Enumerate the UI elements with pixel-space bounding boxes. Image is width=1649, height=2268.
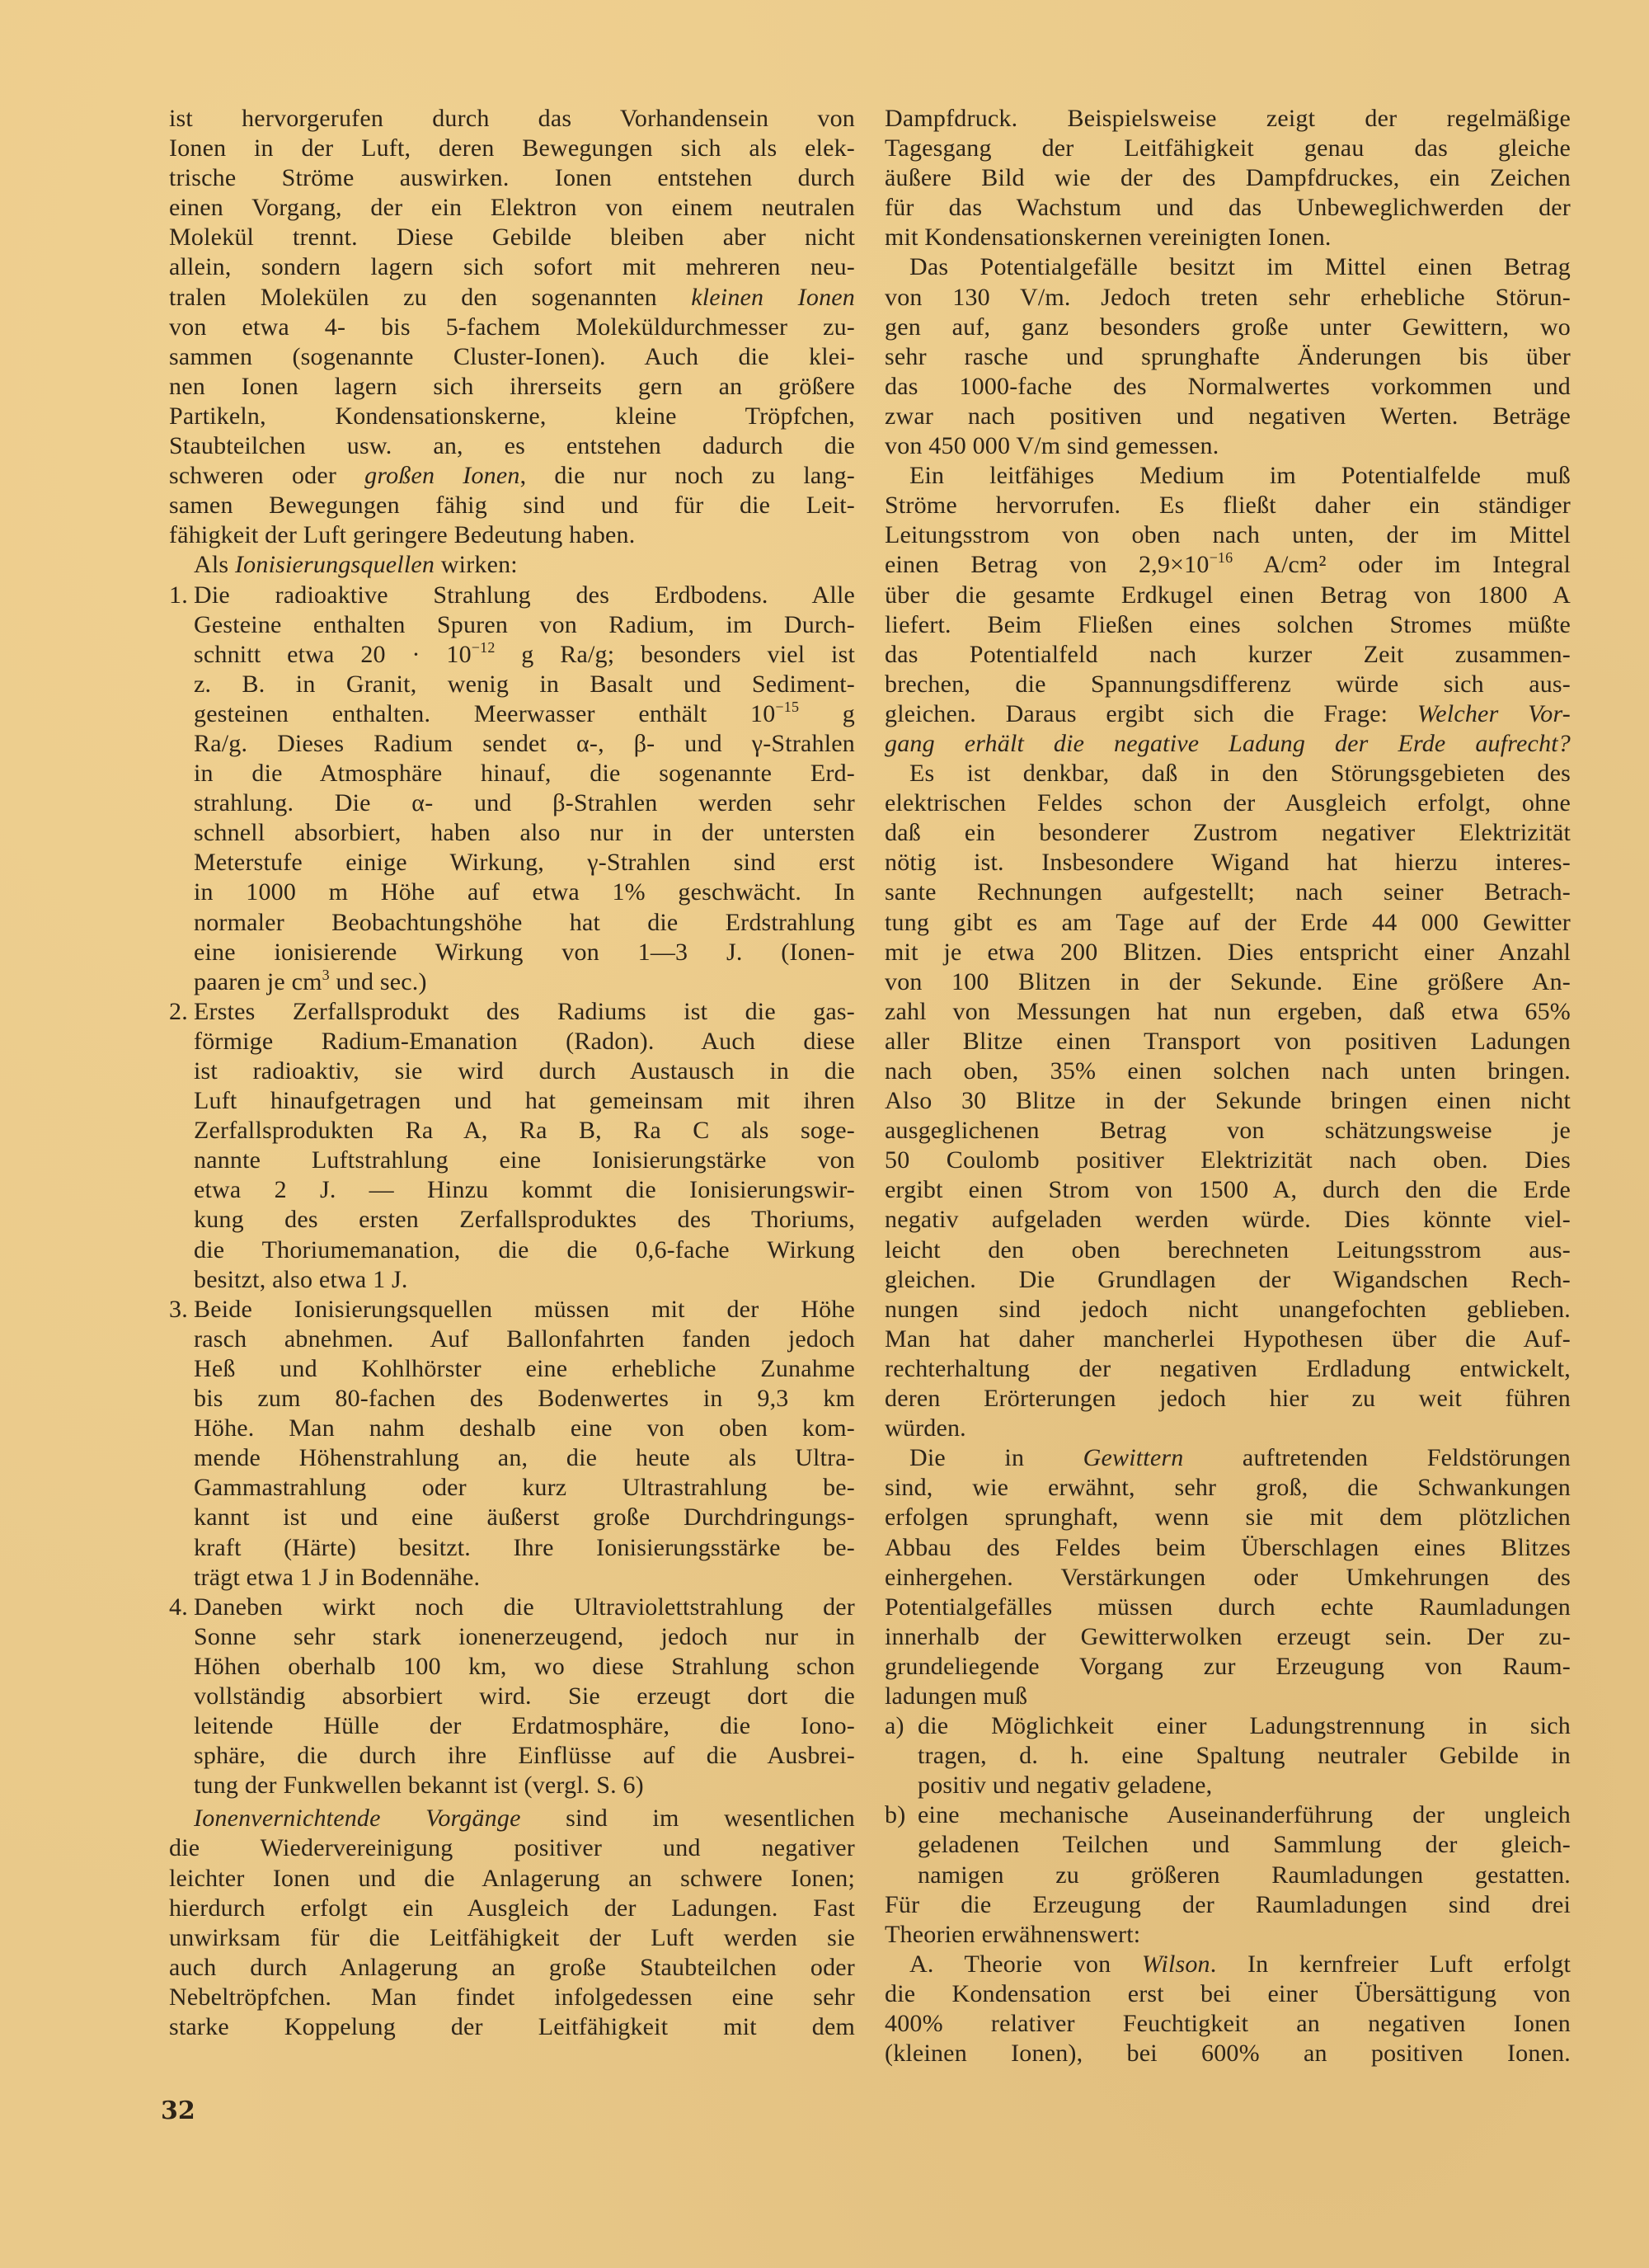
text-run: in 1000 m Höhe auf etwa 1% geschwächt. I… [194, 878, 855, 906]
text-line: paaren je cm3 und sec.) [169, 967, 855, 997]
text-run: 400% relativer Feuchtigkeit an negativen… [885, 2010, 1571, 2037]
text-line: ausgeglichenen Betrag von schätzungsweis… [885, 1116, 1571, 1146]
text-line: elektrischen Feldes schon der Ausgleich … [885, 788, 1571, 818]
text-line: von 130 V/m. Jedoch treten sehr erheblic… [885, 283, 1571, 313]
text-run: auch durch Anlagerung an große Staubteil… [169, 1954, 855, 1981]
text-line: Zerfallsprodukten Ra A, Ra B, Ra C als s… [169, 1116, 855, 1146]
text-run: in die Atmosphäre hinauf, die sogenannte… [194, 760, 855, 787]
emphasis-text: Welcher Vor- [1417, 700, 1571, 727]
text-line: brechen, die Spannungsdifferenz würde si… [885, 670, 1571, 699]
list-number: 2. [169, 997, 194, 1027]
text-run: Staubteilchen usw. an, es entstehen dadu… [169, 432, 855, 459]
text-line: kung des ersten Zerfallsproduktes des Th… [169, 1205, 855, 1235]
text-run: Nebeltröpfchen. Man findet infolgedessen… [169, 1983, 855, 2011]
text-line: Gammastrahlung oder kurz Ultrastrahlung … [169, 1473, 855, 1503]
text-run: eine ionisierende Wirkung von 1—3 J. (Io… [194, 939, 855, 966]
text-line: Theorien erwähnenswert: [885, 1920, 1571, 1950]
text-line: kannt ist und eine äußerst große Durchdr… [169, 1503, 855, 1532]
text-line: trägt etwa 1 J in Bodennähe. [169, 1563, 855, 1593]
text-run: Die in [909, 1444, 1083, 1471]
text-line: besitzt, also etwa 1 J. [169, 1265, 855, 1295]
text-run: aller Blitze einen Transport von positiv… [885, 1028, 1571, 1055]
text-run: Dampfdruck. Beispielsweise zeigt der reg… [885, 105, 1571, 132]
text-run: einen Vorgang, der ein Elektron von eine… [169, 194, 855, 221]
text-run: nannte Luftstrahlung eine Ionisierungstä… [194, 1146, 855, 1174]
text-line: nannte Luftstrahlung eine Ionisierungstä… [169, 1146, 855, 1175]
text-line: ladungen muß [885, 1682, 1571, 1711]
text-run: die Kondensation erst bei einer Übersätt… [885, 1980, 1571, 2007]
text-run: wirken: [435, 551, 518, 578]
text-line: Ra/g. Dieses Radium sendet α-, β- und γ-… [169, 729, 855, 759]
text-line: Ionenvernichtende Vorgänge sind im wesen… [169, 1804, 855, 1833]
text-line: mende Höhenstrahlung an, die heute als U… [169, 1443, 855, 1473]
emphasis-text: Ionenvernichtende Vorgänge [194, 1805, 521, 1832]
text-line: leichter Ionen und die Anlagerung an sch… [169, 1864, 855, 1894]
text-line: schnell absorbiert, haben also nur in de… [169, 818, 855, 848]
text-line: Man hat daher mancherlei Hypothesen über… [885, 1325, 1571, 1354]
text-run: schnitt etwa 20 · 10 [194, 641, 472, 668]
text-line: nötig ist. Insbesondere Wigand hat hierz… [885, 848, 1571, 878]
text-run: Gesteine enthalten Spuren von Radium, im… [194, 611, 855, 638]
text-run: Heß und Kohlhörster eine erhebliche Zuna… [194, 1355, 855, 1382]
text-run: fähigkeit der Luft geringere Bedeutung h… [169, 521, 635, 548]
text-line: allein, sondern lagern sich sofort mit m… [169, 252, 855, 282]
text-line: für das Wachstum und das Unbeweglichwerd… [885, 193, 1571, 223]
text-line: 400% relativer Feuchtigkeit an negativen… [885, 2009, 1571, 2039]
text-line: nach oben, 35% einen solchen nach unten … [885, 1056, 1571, 1086]
text-line: nen Ionen lagern sich ihrerseits gern an… [169, 372, 855, 402]
text-line: eine ionisierende Wirkung von 1—3 J. (Io… [169, 938, 855, 967]
text-run: die Möglichkeit einer Ladungstrennung in… [918, 1712, 1571, 1739]
text-line: 3.Beide Ionisierungsquellen müssen mit d… [169, 1295, 855, 1325]
text-run: daß ein besonderer Zustrom negativer Ele… [885, 819, 1571, 846]
emphasis-text: Gewittern [1083, 1444, 1184, 1471]
text-run: auftretenden Feldstörungen [1183, 1444, 1571, 1471]
text-line: leicht den oben berechneten Leitungsstro… [885, 1235, 1571, 1265]
text-run: deren Erörterungen jedoch hier zu weit f… [885, 1385, 1571, 1412]
text-line: nungen sind jedoch nicht unangefochten g… [885, 1295, 1571, 1325]
text-run: das Potentialfeld nach kurzer Zeit zusam… [885, 641, 1571, 668]
list-number: 3. [169, 1295, 194, 1325]
text-line: kraft (Härte) besitzt. Ihre Ionisierungs… [169, 1533, 855, 1563]
text-line: förmige Radium-Emanation (Radon). Auch d… [169, 1027, 855, 1056]
text-line: äußere Bild wie der des Dampfdruckes, ei… [885, 163, 1571, 193]
text-line: grundeliegende Vorgang zur Erzeugung von… [885, 1652, 1571, 1682]
text-run: für das Wachstum und das Unbeweglichwerd… [885, 194, 1571, 221]
text-run: ist hervorgerufen durch das Vorhandensei… [169, 105, 855, 132]
text-line: gleichen. Daraus ergibt sich die Frage: … [885, 699, 1571, 729]
text-line: Für die Erzeugung der Raumladungen sind … [885, 1890, 1571, 1920]
text-run: namigen zu größeren Raumladungen gestatt… [918, 1861, 1571, 1889]
text-run: vollständig absorbiert wird. Sie erzeugt… [194, 1682, 855, 1710]
text-line: einhergehen. Verstärkungen oder Umkehrun… [885, 1563, 1571, 1593]
text-line: auch durch Anlagerung an große Staubteil… [169, 1953, 855, 1983]
text-run: sammen (sogenannte Cluster-Ionen). Auch … [169, 343, 855, 370]
text-run: würden. [885, 1414, 966, 1442]
text-run: Potentialgefälles müssen durch echte Rau… [885, 1593, 1571, 1621]
text-line: das Potentialfeld nach kurzer Zeit zusam… [885, 640, 1571, 670]
text-line: Als Ionisierungsquellen wirken: [169, 550, 855, 580]
superscript: −16 [1210, 549, 1233, 566]
text-line: Luft hinaufgetragen und hat gemeinsam mi… [169, 1086, 855, 1116]
text-line: gen auf, ganz besonders große unter Gewi… [885, 313, 1571, 342]
text-line: Partikeln, Kondensationskerne, kleine Tr… [169, 402, 855, 431]
text-line: (kleinen Ionen), bei 600% an positiven I… [885, 2039, 1571, 2068]
text-run: Ströme hervorrufen. Es fließt daher ein … [885, 492, 1571, 519]
text-line: von 450 000 V/m sind gemessen. [885, 431, 1571, 461]
text-line: Das Potentialgefälle besitzt im Mittel e… [885, 252, 1571, 282]
text-line: Ein leitfähiges Medium im Potentialfelde… [885, 461, 1571, 491]
text-run: ladungen muß [885, 1682, 1027, 1710]
text-line: namigen zu größeren Raumladungen gestatt… [885, 1861, 1571, 1890]
text-run: hierdurch erfolgt ein Ausgleich der Ladu… [169, 1894, 855, 1922]
text-run: Theorien erwähnenswert: [885, 1921, 1140, 1948]
text-line: daß ein besonderer Zustrom negativer Ele… [885, 818, 1571, 848]
text-run: Leitungsstrom von oben nach unten, der i… [885, 521, 1571, 548]
text-run: strahlung. Die α- und β-Strahlen werden … [194, 789, 855, 816]
text-run: samen Bewegungen fähig sind und für die … [169, 492, 855, 519]
text-run: negativ aufgeladen werden würde. Dies kö… [885, 1206, 1571, 1233]
text-run: mit Kondensationskernen vereinigten Ione… [885, 224, 1332, 251]
text-run: . In kernfreier Luft erfolgt [1210, 1950, 1571, 1978]
text-line: a)die Möglichkeit einer Ladungstrennung … [885, 1711, 1571, 1741]
text-line: die Kondensation erst bei einer Übersätt… [885, 1979, 1571, 2009]
text-run: besitzt, also etwa 1 J. [194, 1266, 408, 1293]
text-line: rechterhaltung der negativen Erdladung e… [885, 1354, 1571, 1384]
text-run: von 100 Blitzen in der Sekunde. Eine grö… [885, 968, 1571, 995]
text-line: b)eine mechanische Auseinanderführung de… [885, 1800, 1571, 1830]
text-run: gen auf, ganz besonders große unter Gewi… [885, 313, 1571, 341]
text-line: leitende Hülle der Erdatmosphäre, die Io… [169, 1711, 855, 1741]
text-line: Es ist denkbar, daß in den Störungsgebie… [885, 759, 1571, 788]
text-run: einhergehen. Verstärkungen oder Umkehrun… [885, 1564, 1571, 1591]
text-line: vollständig absorbiert wird. Sie erzeugt… [169, 1682, 855, 1711]
text-run: von etwa 4- bis 5-fachem Moleküldurchmes… [169, 313, 855, 341]
text-line: von 100 Blitzen in der Sekunde. Eine grö… [885, 967, 1571, 997]
text-run: Als [194, 551, 235, 578]
superscript: −15 [775, 699, 799, 715]
text-run: sante Rechnungen aufgestellt; nach seine… [885, 878, 1571, 906]
text-run: das 1000-fache des Normalwertes vorkomme… [885, 373, 1571, 400]
text-run: kannt ist und eine äußerst große Durchdr… [194, 1503, 855, 1531]
text-run: ergibt einen Strom von 1500 A, durch den… [885, 1176, 1571, 1203]
text-line: Ströme hervorrufen. Es fließt daher ein … [885, 491, 1571, 520]
text-run: die Thoriumemanation, die die 0,6-fache … [194, 1236, 855, 1263]
text-run: normaler Beobachtungshöhe hat die Erdstr… [194, 909, 855, 936]
text-line: ergibt einen Strom von 1500 A, durch den… [885, 1175, 1571, 1205]
emphasis-text: großen Ionen [364, 462, 519, 489]
text-line: einen Vorgang, der ein Elektron von eine… [169, 193, 855, 223]
list-letter: a) [885, 1711, 918, 1741]
text-run: Abbau des Feldes beim Überschlagen eines… [885, 1534, 1571, 1561]
text-run: , die nur noch zu lang- [520, 462, 855, 489]
text-line: in die Atmosphäre hinauf, die sogenannte… [169, 759, 855, 788]
text-line: einen Betrag von 2,9×10−16 A/cm² oder im… [885, 550, 1571, 580]
superscript: 3 [322, 967, 330, 983]
text-line: gleichen. Die Grundlagen der Wigandschen… [885, 1265, 1571, 1295]
text-line: würden. [885, 1414, 1571, 1443]
text-run: unwirksam für die Leitfähigkeit der Luft… [169, 1924, 855, 1951]
text-run: gesteinen enthalten. Meerwasser enthält … [194, 700, 775, 727]
text-run: g [799, 700, 855, 727]
list-letter: b) [885, 1800, 918, 1830]
page-number: 32 [161, 2096, 195, 2125]
text-line: gesteinen enthalten. Meerwasser enthält … [169, 699, 855, 729]
text-run: Meterstufe einige Wirkung, γ-Strahlen si… [194, 849, 855, 876]
text-line: tragen, d. h. eine Spaltung neutraler Ge… [885, 1741, 1571, 1771]
text-line: rasch abnehmen. Auf Ballonfahrten fanden… [169, 1325, 855, 1354]
text-run: tung der Funkwellen bekannt ist (vergl. … [194, 1772, 644, 1799]
text-run: Man hat daher mancherlei Hypothesen über… [885, 1325, 1571, 1353]
list-number: 1. [169, 581, 194, 610]
text-run: Ein leitfähiges Medium im Potentialfelde… [909, 462, 1571, 489]
text-line: Gesteine enthalten Spuren von Radium, im… [169, 610, 855, 640]
text-line: Tagesgang der Leitfähigkeit genau das gl… [885, 134, 1571, 163]
text-line: Staubteilchen usw. an, es entstehen dadu… [169, 431, 855, 461]
text-run: Beide Ionisierungsquellen müssen mit der… [194, 1296, 855, 1323]
text-run: leichter Ionen und die Anlagerung an sch… [169, 1865, 855, 1892]
text-run: innerhalb der Gewitterwolken erzeugt sei… [885, 1623, 1571, 1650]
text-line: über die gesamte Erdkugel einen Betrag v… [885, 581, 1571, 610]
text-run: nach oben, 35% einen solchen nach unten … [885, 1057, 1571, 1085]
text-line: unwirksam für die Leitfähigkeit der Luft… [169, 1923, 855, 1953]
text-line: starke Koppelung der Leitfähigkeit mit d… [169, 2012, 855, 2042]
text-line: strahlung. Die α- und β-Strahlen werden … [169, 788, 855, 818]
text-run: nen Ionen lagern sich ihrerseits gern an… [169, 373, 855, 400]
text-line: sehr rasche und sprunghafte Änderungen b… [885, 342, 1571, 372]
text-run: Ra/g. Dieses Radium sendet α-, β- und γ-… [194, 730, 855, 757]
text-line: fähigkeit der Luft geringere Bedeutung h… [169, 520, 855, 550]
text-run: rasch abnehmen. Auf Ballonfahrten fanden… [194, 1325, 855, 1353]
left-column: ist hervorgerufen durch das Vorhandensei… [169, 104, 855, 2042]
text-line: mit je etwa 200 Blitzen. Dies entspricht… [885, 938, 1571, 967]
text-line: schweren oder großen Ionen, die nur noch… [169, 461, 855, 491]
emphasis-text: kleinen Ionen [691, 284, 855, 311]
text-run: kraft (Härte) besitzt. Ihre Ionisierungs… [194, 1534, 855, 1561]
text-run: sind, wie erwähnt, sehr groß, die Schwan… [885, 1474, 1571, 1501]
text-run: Sonne sehr stark ionenerzeugend, jedoch … [194, 1623, 855, 1650]
text-run: tragen, d. h. eine Spaltung neutraler Ge… [918, 1742, 1571, 1769]
emphasis-text: gang erhält die negative Ladung der Erde… [885, 730, 1571, 757]
text-run: Ionen in der Luft, deren Bewegungen sich… [169, 134, 855, 162]
text-line: tung der Funkwellen bekannt ist (vergl. … [169, 1771, 855, 1800]
text-run: schnell absorbiert, haben also nur in de… [194, 819, 855, 846]
text-line: Potentialgefälles müssen durch echte Rau… [885, 1593, 1571, 1622]
text-run: förmige Radium-Emanation (Radon). Auch d… [194, 1028, 855, 1055]
text-run: Für die Erzeugung der Raumladungen sind … [885, 1891, 1571, 1918]
text-line: liefert. Beim Fließen eines solchen Stro… [885, 610, 1571, 640]
text-run: ist radioaktiv, sie wird durch Austausch… [194, 1057, 855, 1085]
text-run: zahl von Messungen hat nun ergeben, daß … [885, 998, 1571, 1025]
right-column: Dampfdruck. Beispielsweise zeigt der reg… [885, 104, 1571, 2068]
text-run: (kleinen Ionen), bei 600% an positiven I… [885, 2040, 1571, 2067]
text-line: das 1000-fache des Normalwertes vorkomme… [885, 372, 1571, 402]
text-run: kung des ersten Zerfallsproduktes des Th… [194, 1206, 855, 1233]
text-run: eine mechanische Auseinanderführung der … [918, 1801, 1571, 1828]
text-line: zahl von Messungen hat nun ergeben, daß … [885, 997, 1571, 1027]
text-run: leitende Hülle der Erdatmosphäre, die Io… [194, 1712, 855, 1739]
text-line: Höhe. Man nahm deshalb eine von oben kom… [169, 1414, 855, 1443]
text-run: Zerfallsprodukten Ra A, Ra B, Ra C als s… [194, 1117, 855, 1144]
text-line: Ionen in der Luft, deren Bewegungen sich… [169, 134, 855, 163]
text-line: erfolgen sprunghaft, wenn sie mit dem pl… [885, 1503, 1571, 1532]
text-run: Höhe. Man nahm deshalb eine von oben kom… [194, 1414, 855, 1442]
text-run: rechterhaltung der negativen Erdladung e… [885, 1355, 1571, 1382]
emphasis-text: Ionisierungsquellen [235, 551, 435, 578]
text-line: z. B. in Granit, wenig in Basalt und Sed… [169, 670, 855, 699]
text-run: zwar nach positiven und negativen Werten… [885, 402, 1571, 430]
text-line: positiv und negativ geladene, [885, 1771, 1571, 1800]
text-line: sind, wie erwähnt, sehr groß, die Schwan… [885, 1473, 1571, 1503]
text-line: ist hervorgerufen durch das Vorhandensei… [169, 104, 855, 134]
text-line: 1.Die radioaktive Strahlung des Erdboden… [169, 581, 855, 610]
text-line: samen Bewegungen fähig sind und für die … [169, 491, 855, 520]
text-run: gleichen. Daraus ergibt sich die Frage: [885, 700, 1417, 727]
text-run: Höhen oberhalb 100 km, wo diese Strahlun… [194, 1653, 855, 1680]
text-run: z. B. in Granit, wenig in Basalt und Sed… [194, 671, 855, 698]
text-line: schnitt etwa 20 · 10−12 g Ra/g; besonder… [169, 640, 855, 670]
text-line: Die in Gewittern auftretenden Feldstörun… [885, 1443, 1571, 1473]
text-run: 50 Coulomb positiver Elektrizität nach o… [885, 1146, 1571, 1174]
text-run: Molekül trennt. Diese Gebilde bleiben ab… [169, 224, 855, 251]
text-line: Nebeltröpfchen. Man findet infolgedessen… [169, 1983, 855, 2012]
text-line: hierdurch erfolgt ein Ausgleich der Ladu… [169, 1894, 855, 1923]
text-run: sphäre, die durch ihre Einflüsse auf die… [194, 1742, 855, 1769]
text-run: sind im wesentlichen [521, 1805, 855, 1832]
text-line: zwar nach positiven und negativen Werten… [885, 402, 1571, 431]
text-line: tralen Molekülen zu den sogenannten klei… [169, 283, 855, 313]
text-line: die Wiedervereinigung positiver und nega… [169, 1833, 855, 1863]
text-run: A. Theorie von [909, 1950, 1142, 1978]
text-line: sante Rechnungen aufgestellt; nach seine… [885, 878, 1571, 907]
text-run: bis zum 80-fachen des Bodenwertes in 9,3… [194, 1385, 855, 1412]
text-run: tralen Molekülen zu den sogenannten [169, 284, 691, 311]
text-line: etwa 2 J. — Hinzu kommt die Ionisierungs… [169, 1175, 855, 1205]
text-run: ausgeglichenen Betrag von schätzungsweis… [885, 1117, 1571, 1144]
text-line: Leitungsstrom von oben nach unten, der i… [885, 520, 1571, 550]
text-run: geladenen Teilchen und Sammlung der glei… [918, 1831, 1571, 1858]
text-line: sammen (sogenannte Cluster-Ionen). Auch … [169, 342, 855, 372]
text-run: Also 30 Blitze in der Sekunde bringen ei… [885, 1087, 1571, 1114]
text-line: deren Erörterungen jedoch hier zu weit f… [885, 1384, 1571, 1414]
text-run: starke Koppelung der Leitfähigkeit mit d… [169, 2013, 855, 2040]
text-run: elektrischen Feldes schon der Ausgleich … [885, 789, 1571, 816]
text-run: liefert. Beim Fließen eines solchen Stro… [885, 611, 1571, 638]
text-run: von 450 000 V/m sind gemessen. [885, 432, 1219, 459]
text-run: einen Betrag von 2,9×10 [885, 551, 1210, 578]
superscript: −12 [472, 639, 496, 656]
text-line: ist radioaktiv, sie wird durch Austausch… [169, 1056, 855, 1086]
text-line: innerhalb der Gewitterwolken erzeugt sei… [885, 1622, 1571, 1652]
text-line: gang erhält die negative Ladung der Erde… [885, 729, 1571, 759]
text-line: Dampfdruck. Beispielsweise zeigt der reg… [885, 104, 1571, 134]
text-run: allein, sondern lagern sich sofort mit m… [169, 253, 855, 280]
text-line: Abbau des Feldes beim Überschlagen eines… [885, 1533, 1571, 1563]
text-line: Heß und Kohlhörster eine erhebliche Zuna… [169, 1354, 855, 1384]
text-run: schweren oder [169, 462, 364, 489]
text-run: Erstes Zerfallsprodukt des Radiums ist d… [194, 998, 855, 1025]
text-line: mit Kondensationskernen vereinigten Ione… [885, 223, 1571, 252]
text-run: A/cm² oder im Integral [1233, 551, 1571, 578]
text-run: paaren je cm [194, 968, 322, 995]
text-line: geladenen Teilchen und Sammlung der glei… [885, 1830, 1571, 1860]
text-run: trische Ströme auswirken. Ionen entstehe… [169, 164, 855, 191]
text-line: bis zum 80-fachen des Bodenwertes in 9,3… [169, 1384, 855, 1414]
text-run: Das Potentialgefälle besitzt im Mittel e… [909, 253, 1571, 280]
text-line: negativ aufgeladen werden würde. Dies kö… [885, 1205, 1571, 1235]
text-line: sphäre, die durch ihre Einflüsse auf die… [169, 1741, 855, 1771]
text-line: Molekül trennt. Diese Gebilde bleiben ab… [169, 223, 855, 252]
text-line: in 1000 m Höhe auf etwa 1% geschwächt. I… [169, 878, 855, 907]
text-line: Also 30 Blitze in der Sekunde bringen ei… [885, 1086, 1571, 1116]
text-line: Meterstufe einige Wirkung, γ-Strahlen si… [169, 848, 855, 878]
text-run: die Wiedervereinigung positiver und nega… [169, 1834, 855, 1861]
text-run: sehr rasche und sprunghafte Änderungen b… [885, 343, 1571, 370]
text-line: 50 Coulomb positiver Elektrizität nach o… [885, 1146, 1571, 1175]
text-run: nötig ist. Insbesondere Wigand hat hierz… [885, 849, 1571, 876]
text-run: mende Höhenstrahlung an, die heute als U… [194, 1444, 855, 1471]
text-run: Luft hinaufgetragen und hat gemeinsam mi… [194, 1087, 855, 1114]
text-run: leicht den oben berechneten Leitungsstro… [885, 1236, 1571, 1263]
text-run: trägt etwa 1 J in Bodennähe. [194, 1564, 480, 1591]
text-run: Tagesgang der Leitfähigkeit genau das gl… [885, 134, 1571, 162]
text-line: von etwa 4- bis 5-fachem Moleküldurchmes… [169, 313, 855, 342]
text-run: Daneben wirkt noch die Ultraviolettstrah… [194, 1593, 855, 1621]
text-run: mit je etwa 200 Blitzen. Dies entspricht… [885, 939, 1571, 966]
text-run: erfolgen sprunghaft, wenn sie mit dem pl… [885, 1503, 1571, 1531]
text-run: Partikeln, Kondensationskerne, kleine Tr… [169, 402, 855, 430]
text-run: Es ist denkbar, daß in den Störungsgebie… [909, 760, 1571, 787]
list-number: 4. [169, 1593, 194, 1622]
text-line: Sonne sehr stark ionenerzeugend, jedoch … [169, 1622, 855, 1652]
text-run: und sec.) [330, 968, 427, 995]
text-line: tung gibt es am Tage auf der Erde 44 000… [885, 908, 1571, 938]
text-line: normaler Beobachtungshöhe hat die Erdstr… [169, 908, 855, 938]
text-run: etwa 2 J. — Hinzu kommt die Ionisierungs… [194, 1176, 855, 1203]
text-run: Die radioaktive Strahlung des Erdbodens.… [194, 581, 855, 609]
text-run: g Ra/g; besonders viel ist [496, 641, 855, 668]
emphasis-text: Wilson [1142, 1950, 1210, 1978]
text-line: Höhen oberhalb 100 km, wo diese Strahlun… [169, 1652, 855, 1682]
text-run: tung gibt es am Tage auf der Erde 44 000… [885, 909, 1571, 936]
text-run: äußere Bild wie der des Dampfdruckes, ei… [885, 164, 1571, 191]
text-run: über die gesamte Erdkugel einen Betrag v… [885, 581, 1571, 609]
text-run: Gammastrahlung oder kurz Ultrastrahlung … [194, 1474, 855, 1501]
text-run: gleichen. Die Grundlagen der Wigandschen… [885, 1266, 1571, 1293]
text-run: von 130 V/m. Jedoch treten sehr erheblic… [885, 284, 1571, 311]
text-line: trische Ströme auswirken. Ionen entstehe… [169, 163, 855, 193]
text-line: aller Blitze einen Transport von positiv… [885, 1027, 1571, 1056]
text-line: 2.Erstes Zerfallsprodukt des Radiums ist… [169, 997, 855, 1027]
text-run: grundeliegende Vorgang zur Erzeugung von… [885, 1653, 1571, 1680]
text-line: A. Theorie von Wilson. In kernfreier Luf… [885, 1950, 1571, 1979]
text-run: nungen sind jedoch nicht unangefochten g… [885, 1296, 1571, 1323]
text-line: die Thoriumemanation, die die 0,6-fache … [169, 1235, 855, 1265]
text-line: 4.Daneben wirkt noch die Ultraviolettstr… [169, 1593, 855, 1622]
text-run: brechen, die Spannungsdifferenz würde si… [885, 671, 1571, 698]
text-run: positiv und negativ geladene, [918, 1772, 1212, 1799]
